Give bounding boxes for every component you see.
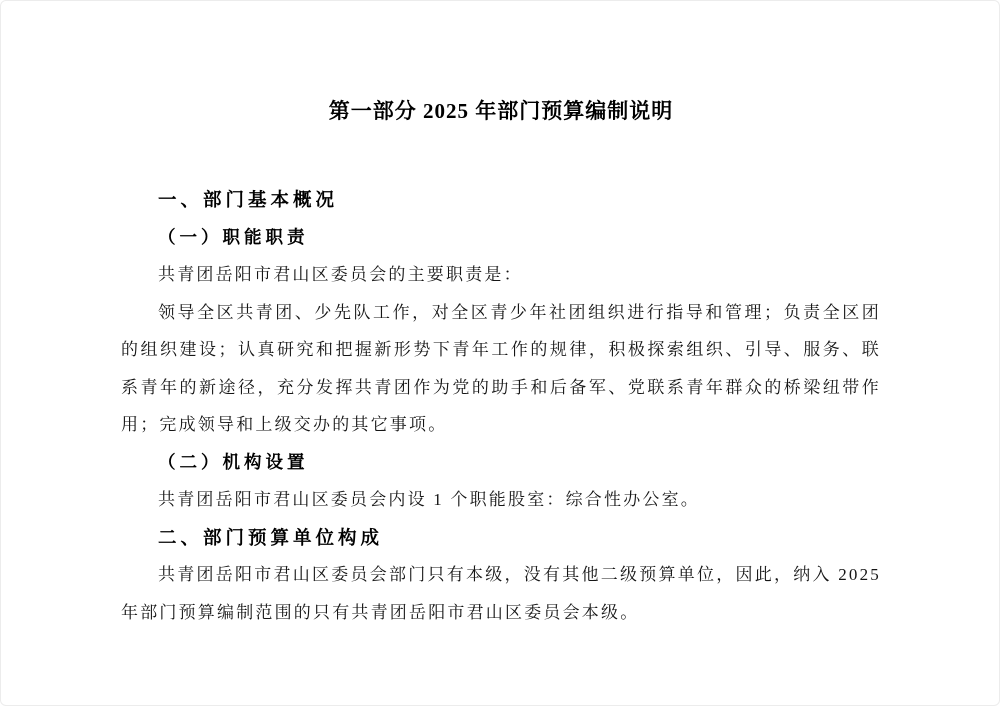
document-page: 第一部分 2025 年部门预算编制说明 一、部门基本概况 （一）职能职责 共青团… bbox=[0, 0, 1000, 706]
paragraph-organization-setup: 共青团岳阳市君山区委员会内设 1 个职能股室：综合性办公室。 bbox=[121, 481, 881, 519]
paragraph-budget-unit-composition: 共青团岳阳市君山区委员会部门只有本级，没有其他二级预算单位，因此，纳入 2025… bbox=[121, 556, 881, 631]
document-body: 一、部门基本概况 （一）职能职责 共青团岳阳市君山区委员会的主要职责是： 领导全… bbox=[121, 181, 881, 631]
subsection-heading-organization-setup: （二）机构设置 bbox=[121, 444, 881, 482]
subsection-heading-functions-duties: （一）职能职责 bbox=[121, 219, 881, 257]
paragraph-main-duties: 领导全区共青团、少先队工作，对全区青少年社团组织进行指导和管理；负责全区团的组织… bbox=[121, 294, 881, 444]
document-title: 第一部分 2025 年部门预算编制说明 bbox=[121, 98, 881, 125]
section-heading-department-overview: 一、部门基本概况 bbox=[121, 181, 881, 219]
section-heading-budget-unit-composition: 二、部门预算单位构成 bbox=[121, 519, 881, 557]
paragraph-duties-intro: 共青团岳阳市君山区委员会的主要职责是： bbox=[121, 256, 881, 294]
